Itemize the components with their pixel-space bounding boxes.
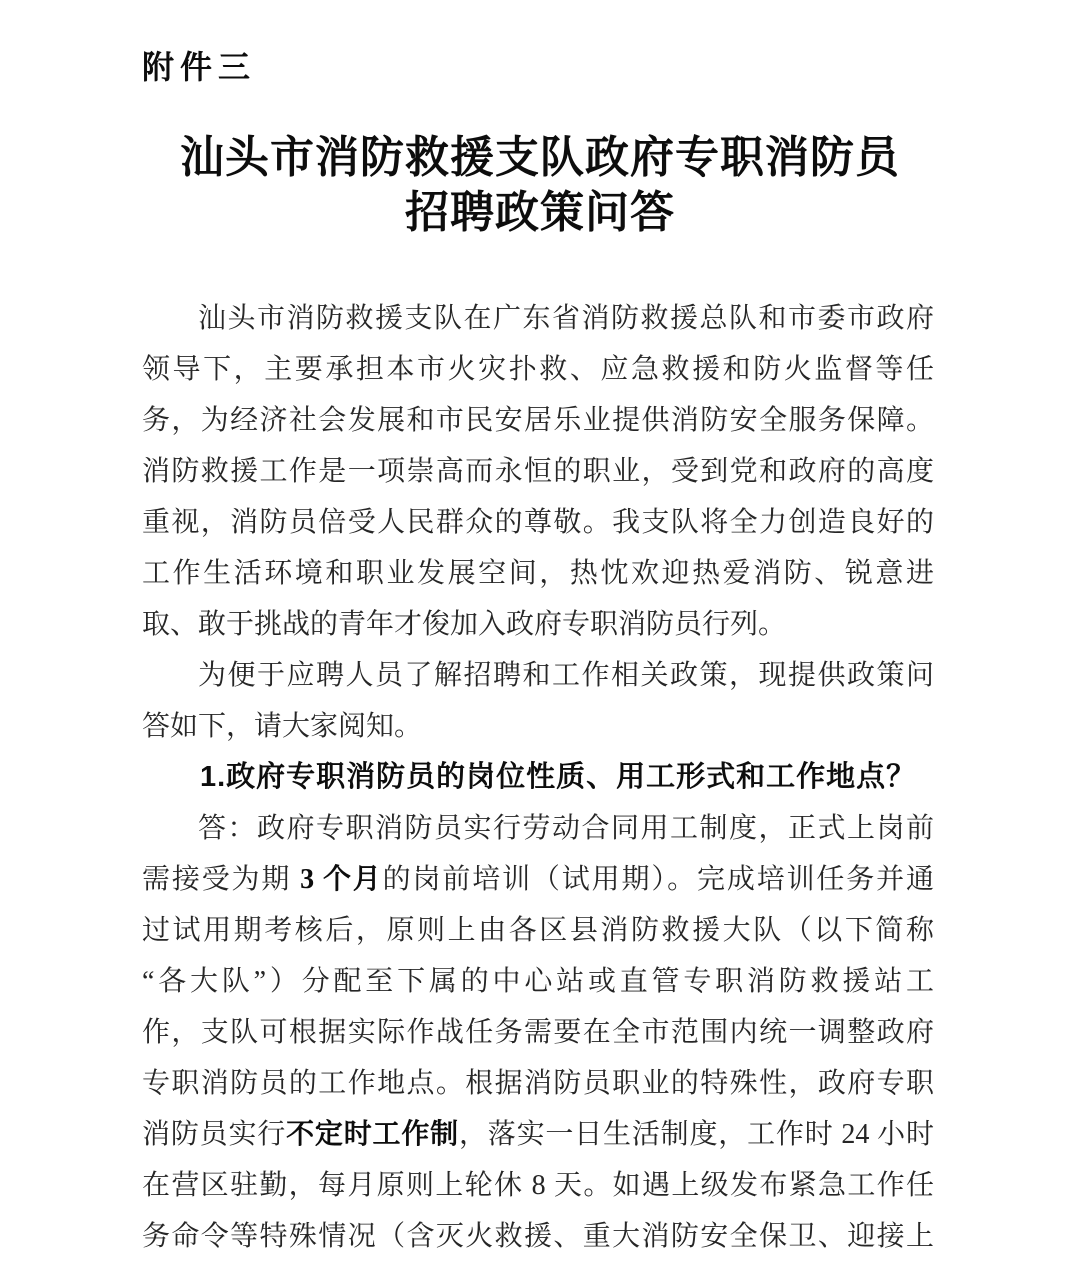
text-segment: ，落实一日生活制度，工作时 24 小时: [459, 1119, 934, 1150]
text-segment: 在营区驻勤，每月原则上轮休 8 天。如遇上级发布紧急工作任: [142, 1170, 934, 1201]
text-segment: 作，支队可根据实际作战任务需要在全市范围内统一调整政府: [142, 1017, 934, 1048]
text-segment: 答如下，请大家阅知。: [142, 711, 422, 742]
text-line: 在营区驻勤，每月原则上轮休 8 天。如遇上级发布紧急工作任: [142, 1160, 934, 1211]
text-segment: 的岗前培训（试用期）。完成培训任务并通: [383, 864, 934, 895]
text-line: 答：政府专职消防员实行劳动合同用工制度，正式上岗前: [142, 803, 934, 854]
text-line: 作，支队可根据实际作战任务需要在全市范围内统一调整政府: [142, 1007, 934, 1058]
text-line: 为便于应聘人员了解招聘和工作相关政策，现提供政策问: [142, 650, 934, 701]
document-title: 汕头市消防救援支队政府专职消防员 招聘政策问答: [0, 130, 1080, 240]
document-title-line-1: 汕头市消防救援支队政府专职消防员: [0, 130, 1080, 185]
attachment-label: 附件三: [142, 42, 256, 88]
text-line: 务，为经济社会发展和市民安居乐业提供消防安全服务保障。: [142, 395, 934, 446]
text-line: 答如下，请大家阅知。: [142, 701, 934, 752]
document-title-line-2: 招聘政策问答: [0, 185, 1080, 240]
text-line: 领导下，主要承担本市火灾扑救、应急救援和防火监督等任: [142, 344, 934, 395]
text-segment: 取、敢于挑战的青年才俊加入政府专职消防员行列。: [142, 609, 786, 640]
bold-text-segment: 不定时工作制: [286, 1119, 459, 1150]
text-segment: 务，为经济社会发展和市民安居乐业提供消防安全服务保障。: [142, 405, 934, 436]
text-segment: 重视，消防员倍受人民群众的尊敬。我支队将全力创造良好的: [142, 507, 934, 538]
bold-text-segment: 3 个月: [300, 864, 383, 895]
text-segment: 汕头市消防救援支队在广东省消防救援总队和市委市政府: [198, 303, 934, 334]
text-segment: 答：政府专职消防员实行劳动合同用工制度，正式上岗前: [198, 813, 934, 844]
text-line: 需接受为期 3 个月的岗前培训（试用期）。完成培训任务并通: [142, 854, 934, 905]
text-segment: 领导下，主要承担本市火灾扑救、应急救援和防火监督等任: [142, 354, 934, 385]
text-segment: 1.政府专职消防员的岗位性质、用工形式和工作地点？: [200, 761, 916, 793]
text-line: 汕头市消防救援支队在广东省消防救援总队和市委市政府: [142, 293, 934, 344]
text-segment: 务命令等特殊情况（含灭火救援、重大消防安全保卫、迎接上: [142, 1221, 934, 1252]
text-segment: 消防员实行: [142, 1119, 286, 1150]
text-line: “各大队”）分配至下属的中心站或直管专职消防救援站工: [142, 956, 934, 1007]
text-line: 重视，消防员倍受人民群众的尊敬。我支队将全力创造良好的: [142, 497, 934, 548]
text-segment: 工作生活环境和职业发展空间，热忱欢迎热爱消防、锐意进: [142, 558, 934, 589]
text-segment: 过试用期考核后，原则上由各区县消防救援大队（以下简称: [142, 915, 934, 946]
text-line: 1.政府专职消防员的岗位性质、用工形式和工作地点？: [142, 752, 934, 803]
text-line: 务命令等特殊情况（含灭火救援、重大消防安全保卫、迎接上: [142, 1211, 934, 1262]
text-segment: 专职消防员的工作地点。根据消防员职业的特殊性，政府专职: [142, 1068, 934, 1099]
purpose-paragraph: 为便于应聘人员了解招聘和工作相关政策，现提供政策问答如下，请大家阅知。: [142, 650, 934, 752]
text-line: 工作生活环境和职业发展空间，热忱欢迎热爱消防、锐意进: [142, 548, 934, 599]
text-line: 消防员实行不定时工作制，落实一日生活制度，工作时 24 小时: [142, 1109, 934, 1160]
answer-1-paragraph: 答：政府专职消防员实行劳动合同用工制度，正式上岗前需接受为期 3 个月的岗前培训…: [142, 803, 934, 1262]
text-line: 取、敢于挑战的青年才俊加入政府专职消防员行列。: [142, 599, 934, 650]
text-line: 过试用期考核后，原则上由各区县消防救援大队（以下简称: [142, 905, 934, 956]
text-segment: 消防救援工作是一项崇高而永恒的职业，受到党和政府的高度: [142, 456, 934, 487]
text-line: 专职消防员的工作地点。根据消防员职业的特殊性，政府专职: [142, 1058, 934, 1109]
document-body: 汕头市消防救援支队在广东省消防救援总队和市委市政府领导下，主要承担本市火灾扑救、…: [142, 293, 934, 1262]
intro-paragraph: 汕头市消防救援支队在广东省消防救援总队和市委市政府领导下，主要承担本市火灾扑救、…: [142, 293, 934, 650]
text-segment: 为便于应聘人员了解招聘和工作相关政策，现提供政策问: [198, 660, 934, 691]
text-line: 消防救援工作是一项崇高而永恒的职业，受到党和政府的高度: [142, 446, 934, 497]
question-1-heading: 1.政府专职消防员的岗位性质、用工形式和工作地点？: [142, 752, 934, 803]
document-page: 附件三 汕头市消防救援支队政府专职消防员 招聘政策问答 汕头市消防救援支队在广东…: [0, 0, 1080, 1265]
text-segment: 需接受为期: [142, 864, 300, 895]
text-segment: “各大队”）分配至下属的中心站或直管专职消防救援站工: [142, 966, 934, 997]
